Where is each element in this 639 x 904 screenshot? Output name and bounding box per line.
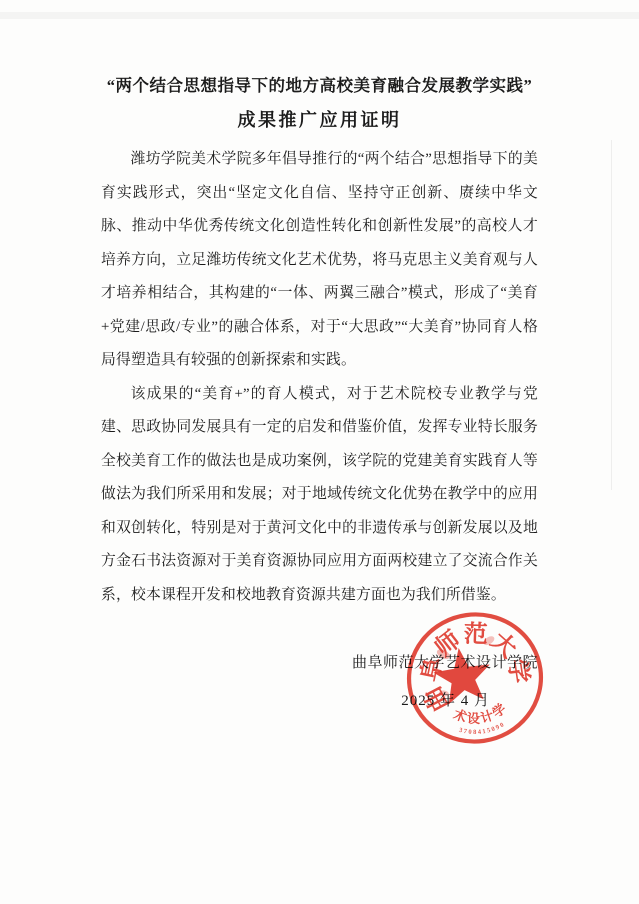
- paragraph-1: 潍坊学院美术学院多年倡导推行的“两个结合”思想指导下的美育实践形式，突出“坚定文…: [101, 143, 538, 378]
- official-seal: 曲阜师范大学 艺术设计学院 3708415090: [390, 593, 560, 763]
- scan-artifact-band: [0, 12, 639, 19]
- paragraph-2: 该成果的“美育+”的育人模式，对于艺术院校专业教学与党建、思政协同发展具有一定的…: [101, 378, 538, 613]
- document-title-main: 成果推广应用证明: [0, 107, 639, 133]
- document-body: 潍坊学院美术学院多年倡导推行的“两个结合”思想指导下的美育实践形式，突出“坚定文…: [101, 143, 538, 612]
- certificate-page: “两个结合思想指导下的地方高校美育融合发展教学实践” 成果推广应用证明 潍坊学院…: [0, 0, 639, 904]
- document-title-project: “两个结合思想指导下的地方高校美育融合发展教学实践”: [0, 74, 639, 98]
- scan-artifact-line: [611, 140, 612, 490]
